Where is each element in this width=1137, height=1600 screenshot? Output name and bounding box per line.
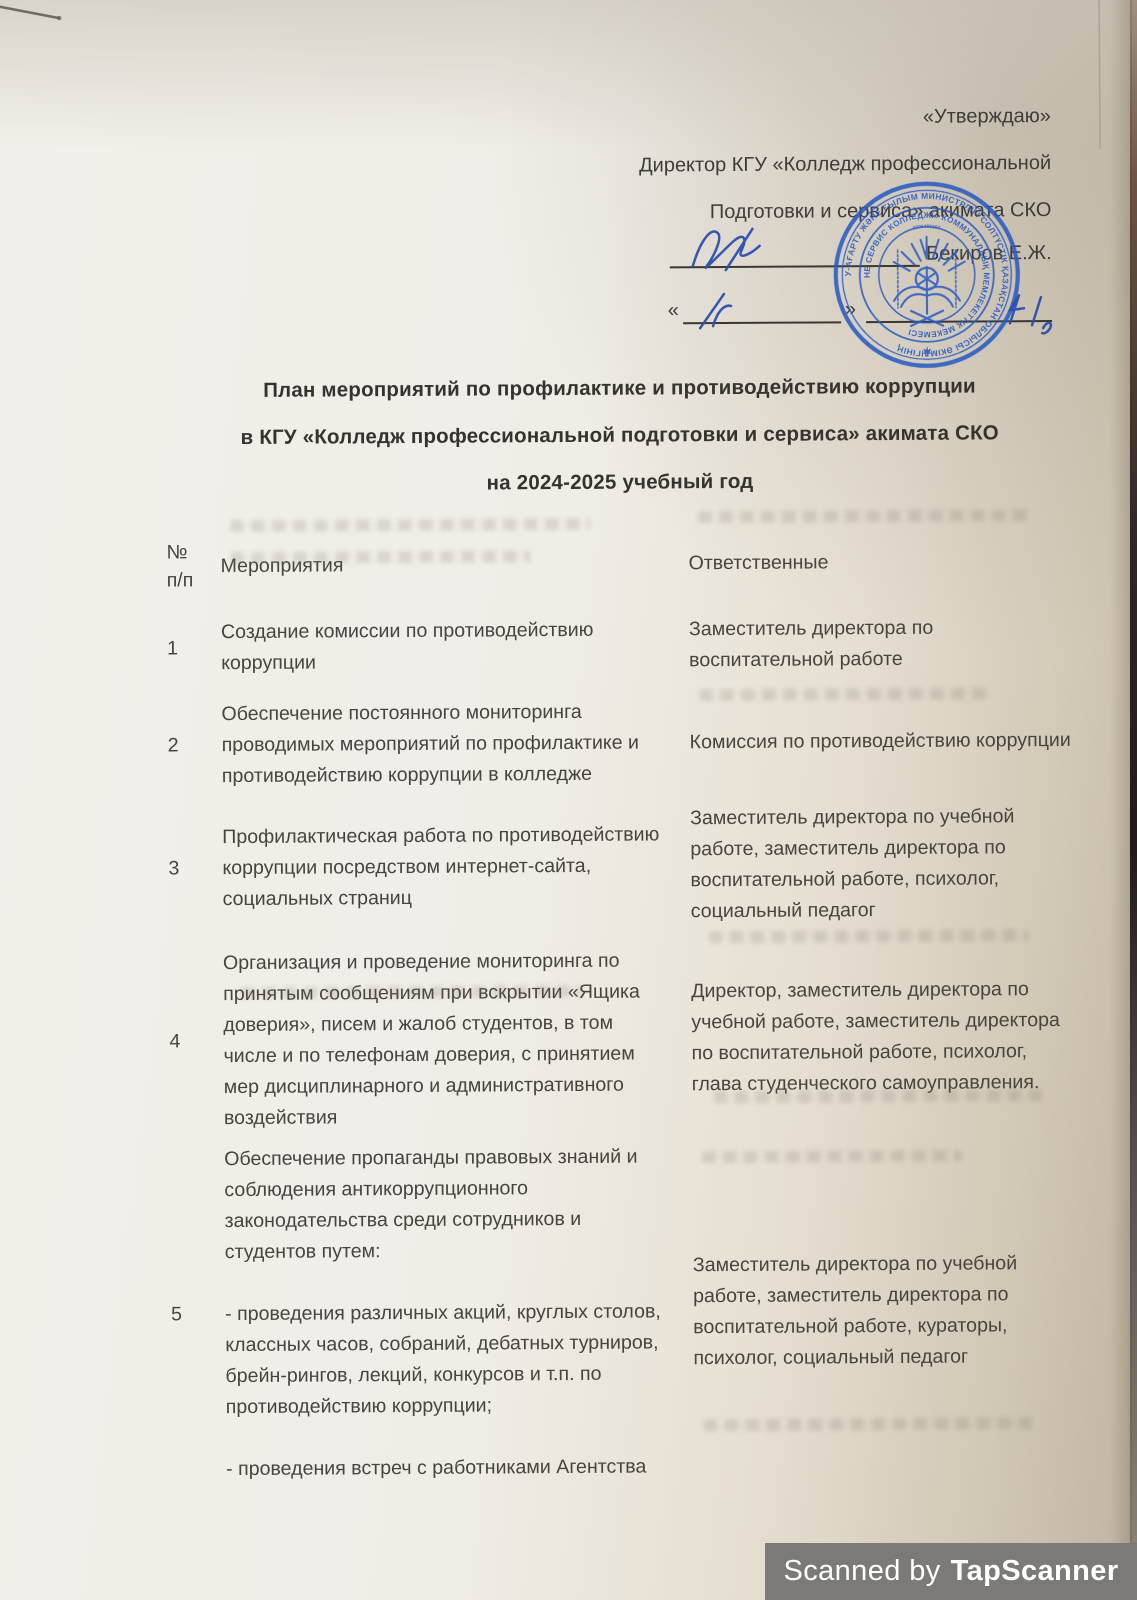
official-round-stamp: ҚАЗАҚСТАН РЕСПУБЛИКАСЫ ОҚУ-АҒАРТУ ЖӘНЕ Ғ… bbox=[831, 179, 1022, 370]
document-title: План мероприятий по профилактике и проти… bbox=[165, 362, 1074, 509]
bleed-through-artifact bbox=[699, 687, 989, 701]
document-content: «Утверждаю» Директор КГУ «Колледж профес… bbox=[0, 0, 1137, 1600]
row-number: 5 bbox=[171, 1299, 225, 1330]
date-blank-day bbox=[683, 296, 841, 324]
table-row: 5 Обеспечение пропаганды правовых знаний… bbox=[170, 1139, 1080, 1486]
date-open-quote: « bbox=[668, 297, 679, 324]
measures-table: № п/п Мероприятия Ответственные 1 Создан… bbox=[166, 523, 1080, 1486]
row-responsible: Заместитель директора по учебной работе,… bbox=[693, 1247, 1080, 1373]
row-responsible: Заместитель директора по учебной работе,… bbox=[690, 801, 1077, 927]
corner-staple-mark bbox=[0, 5, 61, 21]
bleed-through-artifact bbox=[704, 1417, 1034, 1431]
row-number: 2 bbox=[168, 730, 222, 761]
row-responsible: Комиссия по противодействию коррупции bbox=[690, 724, 1076, 757]
bleed-through-artifact bbox=[702, 1150, 962, 1164]
stamp-reg-number: 9306400307 bbox=[912, 224, 941, 232]
scanned-document-page: «Утверждаю» Директор КГУ «Колледж профес… bbox=[0, 0, 1137, 1600]
right-edge-shadow bbox=[1110, 0, 1132, 1543]
header-num: № п/п bbox=[166, 538, 220, 594]
bleed-through-artifact bbox=[230, 518, 590, 532]
header-responsible: Ответственные bbox=[688, 545, 1074, 578]
row-measure: Организация и проведение мониторинга по … bbox=[223, 945, 684, 1134]
approval-label: «Утверждаю» bbox=[581, 93, 1051, 143]
bleed-through-artifact bbox=[230, 550, 530, 564]
table-row: 3 Профилактическая работа по противодейс… bbox=[168, 793, 1077, 939]
title-line2: в КГУ «Колледж профессиональной подготов… bbox=[166, 409, 1074, 462]
scanned-by-label: Scanned by bbox=[783, 1555, 940, 1588]
photo-background-edge bbox=[1130, 0, 1137, 1543]
row-measure: Обеспечение постоянного мониторинга пров… bbox=[221, 696, 682, 792]
table-header-row: № п/п Мероприятия Ответственные bbox=[166, 523, 1074, 605]
row-responsible: Заместитель директора по воспитательной … bbox=[689, 612, 1075, 676]
row-responsible: Директор, заместитель директора по учебн… bbox=[691, 974, 1078, 1100]
row-number: 1 bbox=[167, 633, 221, 664]
bleed-through-artifact bbox=[714, 1089, 1044, 1103]
stamp-emblem bbox=[894, 237, 966, 326]
tapscanner-brand: TapScanner bbox=[951, 1555, 1119, 1588]
title-line3: на 2024-2025 учебный год bbox=[166, 456, 1074, 509]
tapscanner-watermark-bar: Scanned by TapScanner bbox=[765, 1543, 1137, 1600]
paper-fold-line bbox=[1099, 0, 1100, 149]
row-measure: Профилактическая работа по противодейств… bbox=[222, 819, 683, 915]
table-row: 2 Обеспечение постоянного мониторинга пр… bbox=[167, 687, 1076, 799]
title-line1: План мероприятий по профилактике и проти… bbox=[165, 362, 1073, 415]
row-number: 4 bbox=[169, 1026, 223, 1057]
row-measure: Создание комиссии по противодействию кор… bbox=[221, 614, 681, 679]
row-number: 3 bbox=[168, 853, 222, 884]
table-row: 4 Организация и проведение мониторинга п… bbox=[169, 933, 1078, 1145]
bleed-through-artifact bbox=[241, 985, 581, 999]
table-row: 1 Создание комиссии по противодействию к… bbox=[167, 599, 1076, 693]
bleed-through-artifact bbox=[698, 509, 1028, 523]
row-measure: Обеспечение пропаганды правовых знаний и… bbox=[224, 1141, 686, 1485]
bleed-through-artifact bbox=[709, 929, 1029, 943]
stamp-star-icon: ✶ bbox=[922, 345, 932, 359]
